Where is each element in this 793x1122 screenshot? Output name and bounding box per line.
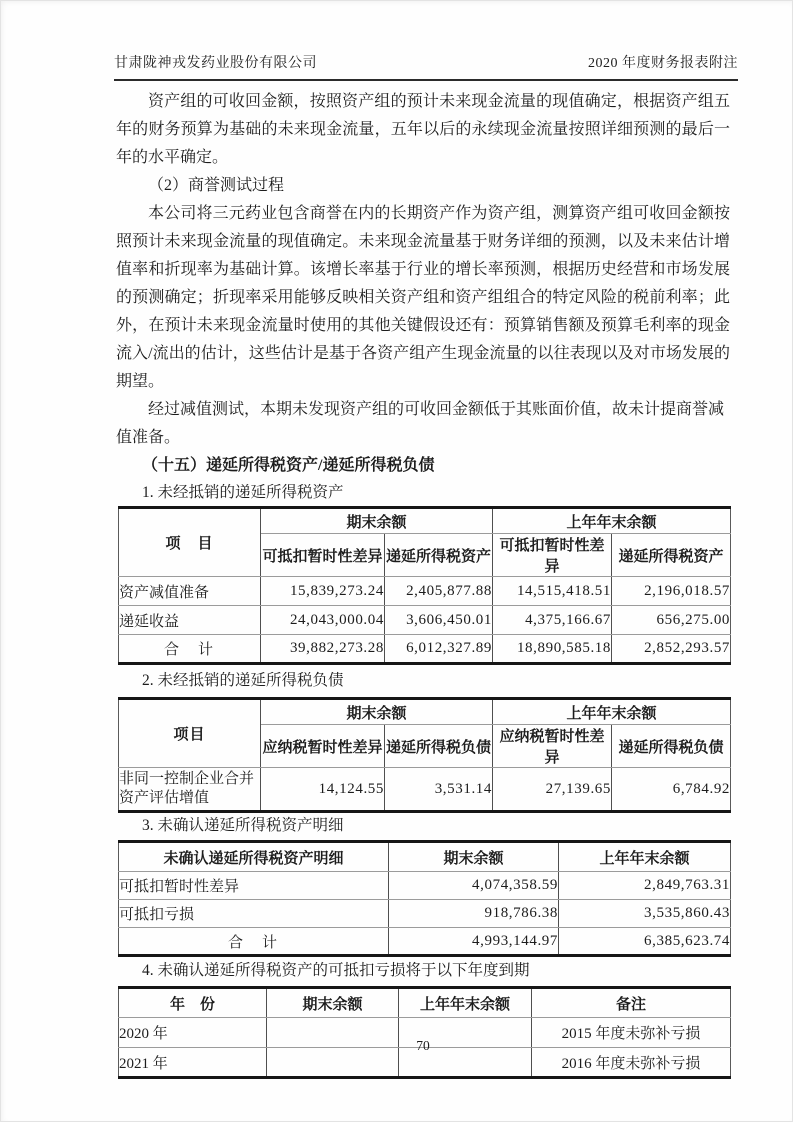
table-header-cell: 未确认递延所得税资产明细 — [119, 842, 389, 872]
table-cell: 4,375,166.67 — [493, 606, 612, 635]
table-header-cell: 期末余额 — [261, 699, 493, 725]
table-header-cell: 期末余额 — [261, 508, 493, 534]
table-header-cell: 应纳税暂时性差异 — [493, 725, 612, 768]
table-header-cell: 递延所得税资产 — [612, 534, 731, 577]
table-header-cell: 上年年末余额 — [559, 842, 731, 872]
table-total-row: 合 计 39,882,273.28 6,012,327.89 18,890,58… — [119, 635, 731, 664]
page-body: 资产组的可收回金额，按照资产组的预计未来现金流量的现值确定，根据资产组五年的财务… — [116, 88, 730, 1079]
heading-deferred-tax: （十五）递延所得税资产/递延所得税负债 — [116, 452, 730, 480]
table-cell: 15,839,273.24 — [261, 577, 385, 606]
page-number: 70 — [116, 1038, 730, 1054]
table-header-cell: 可抵扣暂时性差异 — [493, 534, 612, 577]
table-row: 可抵扣亏损 918,786.38 3,535,860.43 — [119, 900, 731, 928]
deferred-tax-liabilities-table: 项目 期末余额 上年年末余额 应纳税暂时性差异 递延所得税负债 应纳税暂时性差异… — [118, 697, 731, 813]
company-name: 甘肃陇神戎发药业股份有限公司 — [114, 52, 317, 72]
paragraph-recoverable-amount: 资产组的可收回金额，按照资产组的预计未来现金流量的现值确定，根据资产组五年的财务… — [116, 88, 730, 172]
table-row: 非同一控制企业合并资产评估增值 14,124.55 3,531.14 27,13… — [119, 768, 731, 812]
table-row: 递延收益 24,043,000.04 3,606,450.01 4,375,16… — [119, 606, 731, 635]
table-header-row: 项 目 期末余额 上年年末余额 — [119, 508, 731, 534]
table-cell: 14,124.55 — [261, 768, 385, 812]
table-cell: 39,882,273.28 — [261, 635, 385, 664]
deductible-losses-expiry-table: 年 份 期末余额 上年年末余额 备注 2020 年 2015 年度未弥补亏损 2… — [118, 986, 731, 1079]
paragraph-impairment-result: 经过减值测试，本期未发现资产组的可收回金额低于其账面价值，故未计提商誉减值准备。 — [116, 396, 730, 452]
section-label-2: 2. 未经抵销的递延所得税负债 — [116, 665, 730, 697]
table-cell: 递延收益 — [119, 606, 261, 635]
table-cell: 4,074,358.59 — [389, 872, 559, 900]
table-header-cell: 可抵扣暂时性差异 — [261, 534, 385, 577]
section-label-3: 3. 未确认递延所得税资产明细 — [116, 813, 730, 840]
table-header-cell: 项目 — [119, 699, 261, 768]
table-cell: 合 计 — [119, 928, 389, 956]
table-cell: 4,993,144.97 — [389, 928, 559, 956]
table-cell: 18,890,585.18 — [493, 635, 612, 664]
table-header-row: 年 份 期末余额 上年年末余额 备注 — [119, 988, 731, 1018]
table-header-cell: 应纳税暂时性差异 — [261, 725, 385, 768]
table-row: 可抵扣暂时性差异 4,074,358.59 2,849,763.31 — [119, 872, 731, 900]
table-header-cell: 期末余额 — [267, 988, 399, 1018]
table-header-cell: 递延所得税资产 — [385, 534, 493, 577]
table-cell: 2,852,293.57 — [612, 635, 731, 664]
document-page: 甘肃陇神戎发药业股份有限公司 2020 年度财务报表附注 资产组的可收回金额，按… — [0, 0, 793, 1122]
table-header-cell: 期末余额 — [389, 842, 559, 872]
table-header-cell: 递延所得税负债 — [612, 725, 731, 768]
section-label-4: 4. 未确认递延所得税资产的可抵扣亏损将于以下年度到期 — [116, 957, 730, 986]
table-row: 资产减值准备 15,839,273.24 2,405,877.88 14,515… — [119, 577, 731, 606]
deferred-tax-assets-table: 项 目 期末余额 上年年末余额 可抵扣暂时性差异 递延所得税资产 可抵扣暂时性差… — [118, 506, 731, 665]
table-cell: 27,139.65 — [493, 768, 612, 812]
table-cell: 可抵扣亏损 — [119, 900, 389, 928]
table-cell: 6,012,327.89 — [385, 635, 493, 664]
table-cell: 合 计 — [119, 635, 261, 664]
table-cell: 6,784.92 — [612, 768, 731, 812]
paragraph-goodwill-method: 本公司将三元药业包含商誉在内的长期资产作为资产组，测算资产组可收回金额按照预计未… — [116, 200, 730, 396]
table-cell: 2,405,877.88 — [385, 577, 493, 606]
table-header-cell: 项 目 — [119, 508, 261, 577]
table-cell: 918,786.38 — [389, 900, 559, 928]
table-header-cell: 递延所得税负债 — [385, 725, 493, 768]
table-header-cell: 备注 — [532, 988, 731, 1018]
table-cell: 14,515,418.51 — [493, 577, 612, 606]
table-total-row: 合 计 4,993,144.97 6,385,623.74 — [119, 928, 731, 956]
table-header-row: 未确认递延所得税资产明细 期末余额 上年年末余额 — [119, 842, 731, 872]
table-cell: 6,385,623.74 — [559, 928, 731, 956]
table-cell: 资产减值准备 — [119, 577, 261, 606]
table-cell: 可抵扣暂时性差异 — [119, 872, 389, 900]
section-label-1: 1. 未经抵销的递延所得税资产 — [116, 480, 730, 506]
table-header-cell: 上年年末余额 — [399, 988, 532, 1018]
page-header: 甘肃陇神戎发药业股份有限公司 2020 年度财务报表附注 — [114, 52, 738, 81]
report-title: 2020 年度财务报表附注 — [588, 52, 738, 72]
table-cell: 3,531.14 — [385, 768, 493, 812]
table-header-cell: 上年年末余额 — [493, 508, 731, 534]
table-cell: 24,043,000.04 — [261, 606, 385, 635]
table-cell: 3,606,450.01 — [385, 606, 493, 635]
table-cell: 2,849,763.31 — [559, 872, 731, 900]
table-header-cell: 年 份 — [119, 988, 267, 1018]
heading-goodwill-test: （2）商誉测试过程 — [116, 172, 730, 200]
table-cell: 非同一控制企业合并资产评估增值 — [119, 768, 261, 812]
table-cell: 2,196,018.57 — [612, 577, 731, 606]
table-cell: 656,275.00 — [612, 606, 731, 635]
table-header-row: 项目 期末余额 上年年末余额 — [119, 699, 731, 725]
unrecognized-deferred-tax-assets-table: 未确认递延所得税资产明细 期末余额 上年年末余额 可抵扣暂时性差异 4,074,… — [118, 840, 731, 957]
table-cell: 3,535,860.43 — [559, 900, 731, 928]
table-header-cell: 上年年末余额 — [493, 699, 731, 725]
